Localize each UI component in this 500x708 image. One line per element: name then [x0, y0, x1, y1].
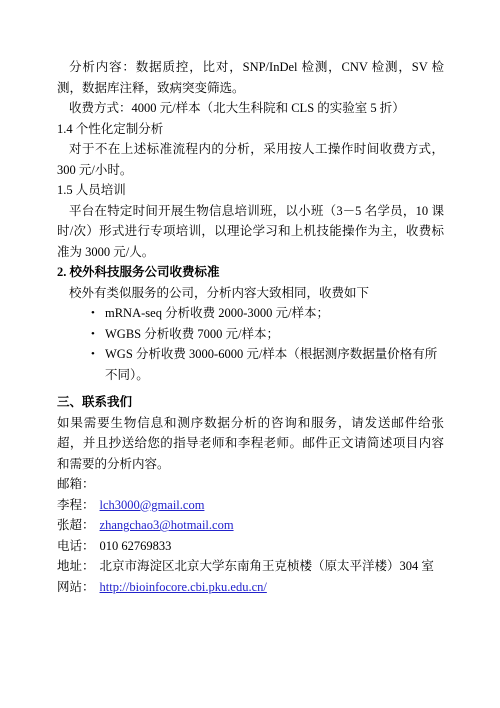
list-item: • WGS 分析收费 3000-6000 元/样本（根据测序数据量价格有所不同）…: [57, 344, 444, 385]
bullet-icon: •: [91, 303, 105, 324]
contact-label-licheng: 李程：: [57, 498, 95, 512]
paragraph-custom-analysis: 对于不在上述标准流程内的分析，采用按人工操作时间收费方式，300 元/小时。: [57, 139, 444, 180]
contact-row-address: 地址：北京市海淀区北京大学东南角王克桢楼（原太平洋楼）304 室: [57, 556, 444, 577]
paragraph-training: 平台在特定时间开展生物信息培训班，以小班（3－5 名学员，10 课时/次）形式进…: [57, 201, 444, 263]
heading-1-4-custom-analysis: 1.4 个性化定制分析: [57, 119, 444, 140]
list-item: • WGBS 分析收费 7000 元/样本；: [57, 324, 444, 345]
heading-external-company-fees: 2. 校外科技服务公司收费标准: [57, 262, 444, 283]
contact-row-zhangchao: 张超：zhangchao3@hotmail.com: [57, 515, 444, 536]
paragraph-analysis-content: 分析内容：数据质控，比对，SNP/InDel 检测，CNV 检测，SV 检测，数…: [57, 57, 444, 98]
email-link-licheng[interactable]: lch3000@gmail.com: [100, 498, 205, 512]
list-item: • mRNA-seq 分析收费 2000-3000 元/样本；: [57, 303, 444, 324]
paragraph-external-intro: 校外有类似服务的公司，分析内容大致相同，收费如下: [57, 283, 444, 304]
heading-1-5-personnel-training: 1.5 人员培训: [57, 180, 444, 201]
website-link[interactable]: http://bioinfocore.cbi.pku.edu.cn/: [100, 580, 267, 594]
contact-label-phone: 电话：: [57, 539, 95, 553]
blank-line-spacer: [57, 385, 444, 392]
contact-label-address: 地址：: [57, 559, 95, 573]
paragraph-fee-method: 收费方式：4000 元/样本（北大生科院和 CLS 的实验室 5 折）: [57, 98, 444, 119]
heading-contact-us: 三、联系我们: [57, 392, 444, 413]
contact-row-website: 网站：http://bioinfocore.cbi.pku.edu.cn/: [57, 577, 444, 598]
phone-number: 010 62769833: [100, 539, 172, 553]
fee-bullet-list: • mRNA-seq 分析收费 2000-3000 元/样本； • WGBS 分…: [57, 303, 444, 385]
contact-row-licheng: 李程：lch3000@gmail.com: [57, 495, 444, 516]
bullet-text-wgbs: WGBS 分析收费 7000 元/样本；: [105, 324, 279, 345]
contact-row-phone: 电话：010 62769833: [57, 536, 444, 557]
contact-label-website: 网站：: [57, 580, 95, 594]
address-text: 北京市海淀区北京大学东南角王克桢楼（原太平洋楼）304 室: [100, 559, 434, 573]
document-page: 分析内容：数据质控，比对，SNP/InDel 检测，CNV 检测，SV 检测，数…: [0, 0, 500, 708]
email-section-label: 邮箱：: [57, 474, 444, 495]
paragraph-contact-intro: 如果需要生物信息和测序数据分析的咨询和服务，请发送邮件给张超，并且抄送给您的指导…: [57, 413, 444, 475]
bullet-icon: •: [91, 324, 105, 345]
bullet-text-wgs: WGS 分析收费 3000-6000 元/样本（根据测序数据量价格有所不同）。: [105, 344, 444, 385]
bullet-icon: •: [91, 344, 105, 365]
contact-label-zhangchao: 张超：: [57, 518, 95, 532]
email-link-zhangchao[interactable]: zhangchao3@hotmail.com: [100, 518, 234, 532]
bullet-text-mrna-seq: mRNA-seq 分析收费 2000-3000 元/样本；: [105, 303, 329, 324]
